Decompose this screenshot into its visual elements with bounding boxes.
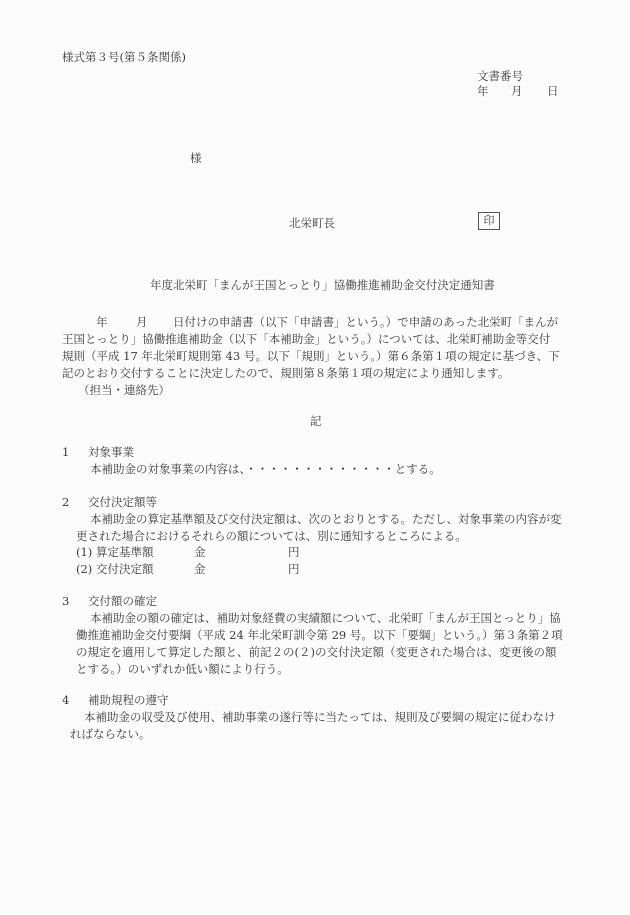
date-day-label: 日 [547, 83, 559, 100]
section-3-line-4: とする。）のいずれか低い額により行う。 [62, 661, 582, 678]
section-4-heading: 4補助規程の遵守 [62, 692, 169, 709]
section-1-heading: 1対象事業 [62, 444, 134, 461]
intro-month-label: 月 [136, 314, 173, 331]
section-title: 交付額の確定 [88, 594, 157, 608]
seal-stamp-box: 印 [478, 212, 500, 230]
document-title: 年度北栄町「まんが王国とっとり」協働推進補助金交付決定通知書 [150, 277, 495, 294]
section-number: 1 [62, 444, 88, 461]
section-3-body: 本補助金の額の確定は、補助対象経費の実績額について、北栄町「まんが王国とっとり」… [62, 610, 582, 678]
section-title: 補助規程の遵守 [88, 693, 169, 707]
issue-date: 年月日 [477, 83, 559, 100]
section-2-line-2: 更された場合におけるそれらの額については、別に通知するところによる。 [62, 528, 582, 545]
addressee-honorific: 様 [190, 150, 202, 167]
section-title: 対象事業 [88, 445, 134, 459]
intro-line-2: 王国とっとり」協働推進補助金（以下「本補助金」という。）については、北栄町補助金… [62, 331, 582, 348]
amount-suffix: 円 [288, 561, 300, 578]
calculation-base-amount-row: (1) 算定基準額金円 [76, 544, 300, 561]
intro-line-1: 年月日付けの申請書（以下「申請書」という。）で申請のあった北栄町「まんが [62, 314, 582, 331]
contact-label: （担当・連絡先） [62, 382, 582, 399]
section-3-heading: 3交付額の確定 [62, 593, 157, 610]
section-3-line-2: 働推進補助金交付要綱（平成 24 年北栄町訓令第 29 号。以下「要綱」という。… [62, 627, 582, 644]
section-2-body: 本補助金の算定基準額及び交付決定額は、次のとおりとする。ただし、対象事業の内容が… [62, 511, 582, 545]
item-label: (2) 交付決定額 [76, 561, 194, 578]
intro-line-4: 記のとおり交付することに決定したので、規則第８条第１項の規定により通知します。 [62, 365, 582, 382]
amount-suffix: 円 [288, 544, 300, 561]
ki-heading: 記 [310, 413, 322, 430]
section-4-body: 本補助金の収受及び使用、補助事業の遂行等に当たっては、規則及び要綱の規定に従わな… [62, 709, 582, 743]
intro-paragraph: 年月日付けの申請書（以下「申請書」という。）で申請のあった北栄町「まんが 王国と… [62, 314, 582, 399]
section-3-line-3: の規定を適用して算定した額と、前記２の(２)の交付決定額（変更された場合は、変更… [62, 644, 582, 661]
amount-prefix: 金 [194, 561, 288, 578]
item-label: (1) 算定基準額 [76, 544, 194, 561]
section-1-body: 本補助金の対象事業の内容は、・・・・・・・・・・・・・とする。 [90, 461, 441, 478]
amount-prefix: 金 [194, 544, 288, 561]
date-month-label: 月 [511, 83, 547, 100]
section-3-line-1: 本補助金の額の確定は、補助対象経費の実績額について、北栄町「まんが王国とっとり」… [62, 610, 582, 627]
section-4-line-2: ればならない。 [62, 726, 582, 743]
grant-decision-amount-row: (2) 交付決定額金円 [76, 561, 300, 578]
section-2-heading: 2交付決定額等 [62, 494, 157, 511]
intro-line-1-text: 日付けの申請書（以下「申請書」という。）で申請のあった北栄町「まんが [173, 315, 558, 329]
section-title: 交付決定額等 [88, 495, 157, 509]
date-year-label: 年 [477, 83, 511, 100]
section-number: 3 [62, 593, 88, 610]
intro-line-3: 規則（平成 17 年北栄町規則第 43 号。以下「規則」という。）第６条第１項の… [62, 348, 582, 365]
form-number: 様式第３号(第５条関係) [62, 49, 186, 66]
section-2-line-1: 本補助金の算定基準額及び交付決定額は、次のとおりとする。ただし、対象事業の内容が… [62, 511, 582, 528]
section-number: 2 [62, 494, 88, 511]
section-4-line-1: 本補助金の収受及び使用、補助事業の遂行等に当たっては、規則及び要綱の規定に従わな… [62, 709, 582, 726]
issuer-name: 北栄町長 [289, 215, 335, 232]
intro-year-label: 年 [96, 314, 136, 331]
section-number: 4 [62, 692, 88, 709]
